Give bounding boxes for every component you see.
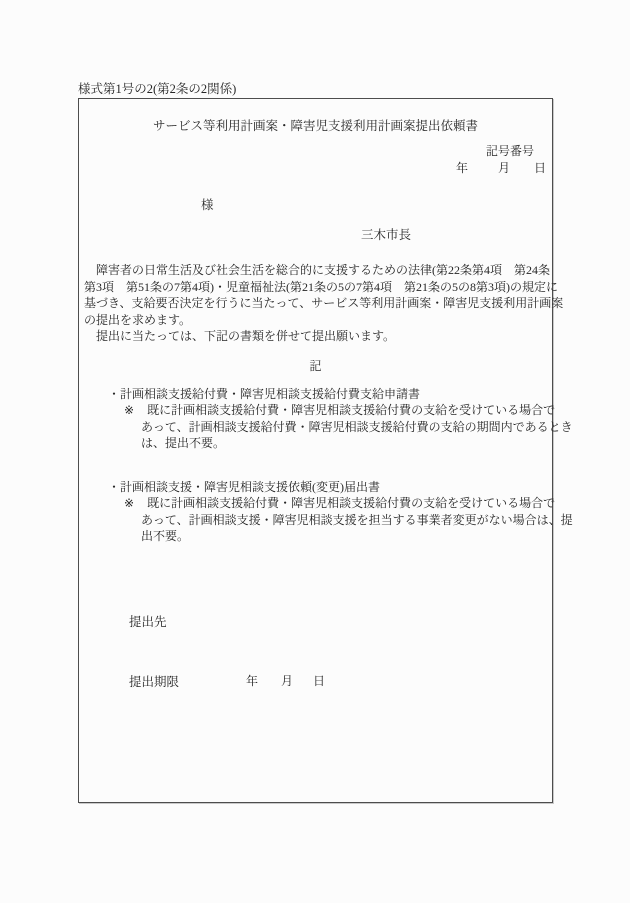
body-line: 基づき、支給要否決定を行うに当たって、サービス等利用計画案・障害児支援利用計画案 [84, 295, 550, 312]
body-line: 提出に当たっては、下記の書類を併せて提出願います。 [84, 328, 550, 345]
submit-to-label: 提出先 [129, 612, 167, 630]
note-text: 既に計画相談支援給付費・障害児相談支援給付費の支給を受けている場合で [147, 496, 555, 510]
body-paragraph: 障害者の日常生活及び社会生活を総合的に支援するための法律(第22条第4項 第24… [84, 262, 550, 345]
deadline-day-label: 日 [313, 672, 325, 689]
item-note-line: 出不要。 [141, 528, 573, 544]
header-date-year-label: 年 [456, 159, 468, 176]
form-title: サービス等利用計画案・障害児支援利用計画案提出依頼書 [79, 116, 552, 134]
addressee-honorific: 様 [201, 195, 214, 213]
item-note-line: あって、計画相談支援給付費・障害児相談支援給付費の支給の期間内であるとき [141, 419, 573, 435]
document-page: 様式第1号の2(第2条の2関係) サービス等利用計画案・障害児支援利用計画案提出… [0, 0, 630, 903]
item-note-line: ※既に計画相談支援給付費・障害児相談支援給付費の支給を受けている場合で [124, 402, 573, 418]
body-line: の提出を求めます。 [84, 312, 550, 329]
required-document-item: ・計画相談支援給付費・障害児相談支援給付費支給申請書 ※既に計画相談支援給付費・… [108, 386, 573, 451]
deadline-year-label: 年 [246, 672, 258, 689]
required-document-item: ・計画相談支援・障害児相談支援依頼(変更)届出書 ※既に計画相談支援給付費・障害… [108, 479, 573, 544]
note-mark: ※ [124, 495, 134, 511]
reference-number-label: 記号番号 [486, 142, 534, 159]
form-border-box: サービス等利用計画案・障害児支援利用計画案提出依頼書 記号番号 年 月 日 様 … [78, 98, 553, 803]
item-title: ・計画相談支援給付費・障害児相談支援給付費支給申請書 [108, 386, 573, 402]
item-note-line: は、提出不要。 [141, 435, 573, 451]
header-date-month-label: 月 [498, 159, 510, 176]
body-line: 障害者の日常生活及び社会生活を総合的に支援するための法律(第22条第4項 第24… [84, 262, 550, 279]
deadline-label: 提出期限 [129, 672, 179, 690]
header-date-day-label: 日 [534, 159, 546, 176]
form-number: 様式第1号の2(第2条の2関係) [78, 79, 236, 97]
deadline-month-label: 月 [281, 672, 293, 689]
item-note-line: あって、計画相談支援・障害児相談支援を担当する事業者変更がない場合は、提 [141, 512, 573, 528]
body-line: 第3項 第51条の7第4項)・児童福祉法(第21条の5の7第4項 第21条の5の… [84, 279, 550, 296]
note-text: 既に計画相談支援給付費・障害児相談支援給付費の支給を受けている場合で [147, 403, 555, 417]
item-note-line: ※既に計画相談支援給付費・障害児相談支援給付費の支給を受けている場合で [124, 495, 573, 511]
item-title: ・計画相談支援・障害児相談支援依頼(変更)届出書 [108, 479, 573, 495]
sender-name: 三木市長 [361, 225, 411, 243]
note-mark: ※ [124, 402, 134, 418]
section-mark: 記 [79, 357, 552, 374]
